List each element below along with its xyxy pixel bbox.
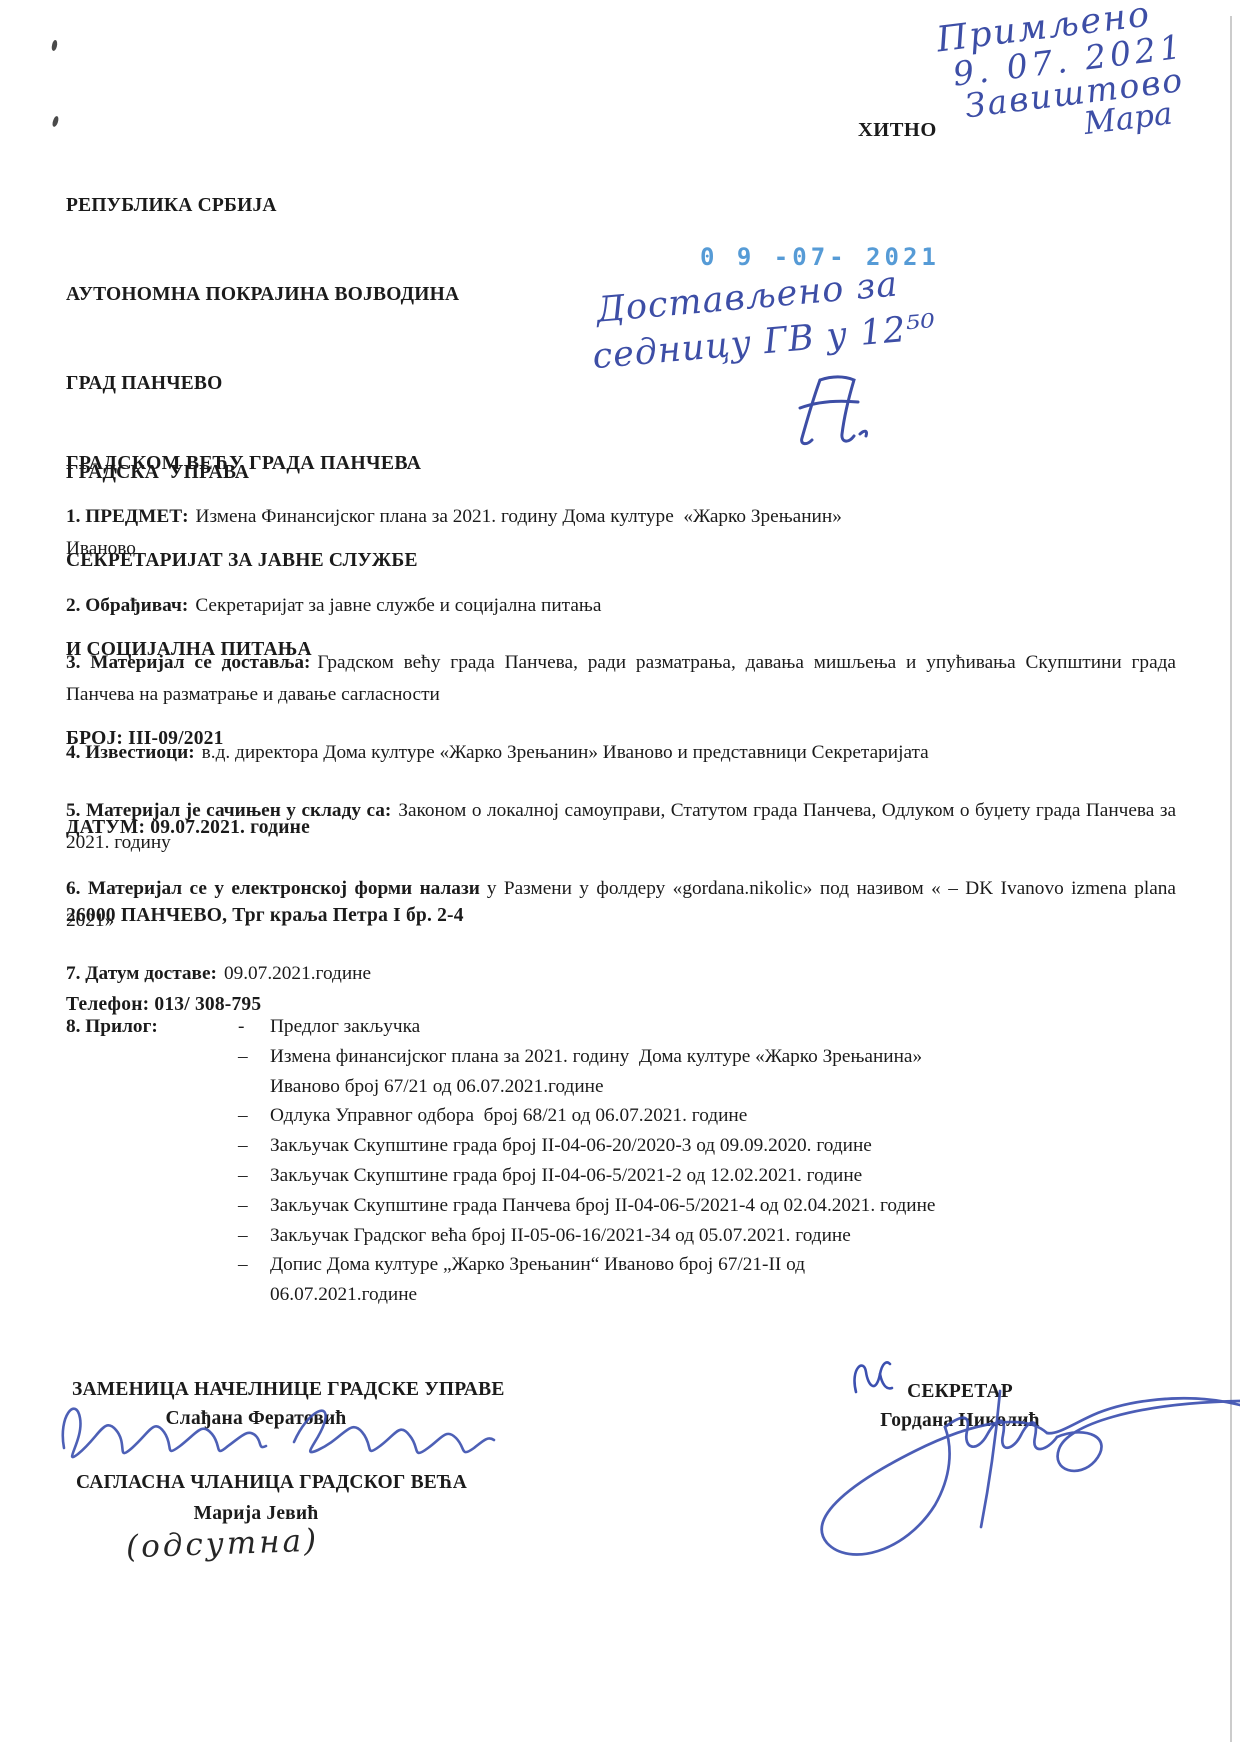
list-dash: -	[238, 1012, 270, 1042]
letterhead-line: АУТОНОМНА ПОКРАЈИНА ВОЈВОДИНА	[66, 280, 464, 310]
list-dash: –	[238, 1221, 270, 1251]
recipient-heading: ГРАДСКОМ ВЕЋУ ГРАДА ПАНЧЕВА	[66, 452, 421, 475]
item-4-reporters: 4. Известиоци:в.д. директора Дома култур…	[66, 737, 1176, 769]
attachment-text: Предлог закључка	[270, 1012, 1203, 1042]
attachment-item: –Измена финансијског плана за 2021. годи…	[238, 1042, 1203, 1102]
handwritten-received-note: Примљено 9. 07. 2021 Завиштово Мара	[921, 0, 1240, 159]
delivery-note-paraph-signature	[782, 372, 882, 452]
attachments-list: -Предлог закључка –Измена финансијског п…	[238, 1012, 1203, 1310]
item-label: 5. Материјал је сачињен у складу са:	[66, 800, 391, 821]
attachment-text: Одлука Управног одбора број 68/21 од 06.…	[270, 1101, 1203, 1131]
council-member-name: Марија Јевић	[66, 1503, 446, 1525]
attachment-text: Измена финансијског плана за 2021. годин…	[270, 1042, 1203, 1102]
attachment-item: –Одлука Управног одбора број 68/21 од 06…	[238, 1101, 1203, 1131]
item-label: 2. Обрађивач:	[66, 595, 188, 616]
deputy-signature-scribble	[56, 1390, 496, 1485]
scan-speck	[51, 115, 59, 127]
attachments-label: 8. Прилог:	[66, 1012, 238, 1310]
attachment-text: Закључак Скупштине града број II-04-06-5…	[270, 1161, 1203, 1191]
letterhead-line: ГРАД ПАНЧЕВО	[66, 369, 464, 399]
attachment-item: –Закључак Скупштине града Панчева број I…	[238, 1191, 1203, 1221]
item-label: 4. Известиоци:	[66, 742, 195, 763]
item-7-delivery-date: 7. Датум доставе:09.07.2021.године	[66, 958, 1176, 990]
secretary-signature-scribble	[795, 1385, 1240, 1580]
scan-speck	[51, 40, 59, 52]
handwritten-delivery-note: Достављено за седницу ГВ у 12⁵⁰	[595, 259, 939, 379]
attachment-text: Закључак Градског већа број II-05-06-16/…	[270, 1221, 1203, 1251]
item-2-processor: 2. Обрађивач:Секретаријат за јавне служб…	[66, 590, 1176, 622]
list-dash: –	[238, 1042, 270, 1102]
attachment-item: –Закључак Скупштине града број II-04-06-…	[238, 1131, 1203, 1161]
list-dash: –	[238, 1191, 270, 1221]
item-1-subject: 1. ПРЕДМЕТ:Измена Финансијског плана за …	[66, 501, 1176, 565]
item-label: 1. ПРЕДМЕТ:	[66, 506, 189, 527]
item-8-attachments: 8. Прилог: -Предлог закључка –Измена фин…	[66, 1012, 1203, 1310]
item-3-delivered-to: 3. Материјал се доставља:Градском већу г…	[66, 647, 1176, 711]
item-label: 6. Материјал се у електронској форми нал…	[66, 878, 480, 899]
attachment-text: Закључак Скупштине града Панчева број II…	[270, 1191, 1203, 1221]
letterhead-line: РЕПУБЛИКА СРБИЈА	[66, 191, 464, 221]
item-6-electronic-form: 6. Материјал се у електронској форми нал…	[66, 873, 1176, 937]
item-text: 09.07.2021.године	[224, 963, 371, 984]
item-label: 7. Датум доставе:	[66, 963, 217, 984]
attachment-text: Закључак Скупштине града број II-04-06-2…	[270, 1131, 1203, 1161]
attachment-item: –Закључак Градског већа број II-05-06-16…	[238, 1221, 1203, 1251]
list-dash: –	[238, 1131, 270, 1161]
list-dash: –	[238, 1101, 270, 1131]
attachment-item: –Закључак Скупштине града број II-04-06-…	[238, 1161, 1203, 1191]
list-dash: –	[238, 1161, 270, 1191]
item-label: 3. Материјал се доставља:	[66, 652, 310, 673]
attachment-text: Допис Дома културе „Жарко Зрењанин“ Иван…	[270, 1250, 1203, 1310]
absent-handwritten-note: (одсутна)	[125, 1523, 319, 1566]
scanned-document-page: РЕПУБЛИКА СРБИЈА АУТОНОМНА ПОКРАЈИНА ВОЈ…	[0, 0, 1240, 1752]
attachment-item: –Допис Дома културе „Жарко Зрењанин“ Ива…	[238, 1250, 1203, 1310]
urgent-label: ХИТНО	[858, 119, 937, 142]
item-text: в.д. директора Дома културе «Жарко Зрења…	[202, 742, 929, 763]
council-member-title: САГЛАСНА ЧЛАНИЦА ГРАДСКОГ ВЕЋА	[76, 1472, 467, 1494]
list-dash: –	[238, 1250, 270, 1310]
attachment-item: -Предлог закључка	[238, 1012, 1203, 1042]
item-text: Секретаријат за јавне службе и социјална…	[195, 595, 601, 616]
item-5-legal-basis: 5. Материјал је сачињен у складу са:Зако…	[66, 795, 1176, 859]
